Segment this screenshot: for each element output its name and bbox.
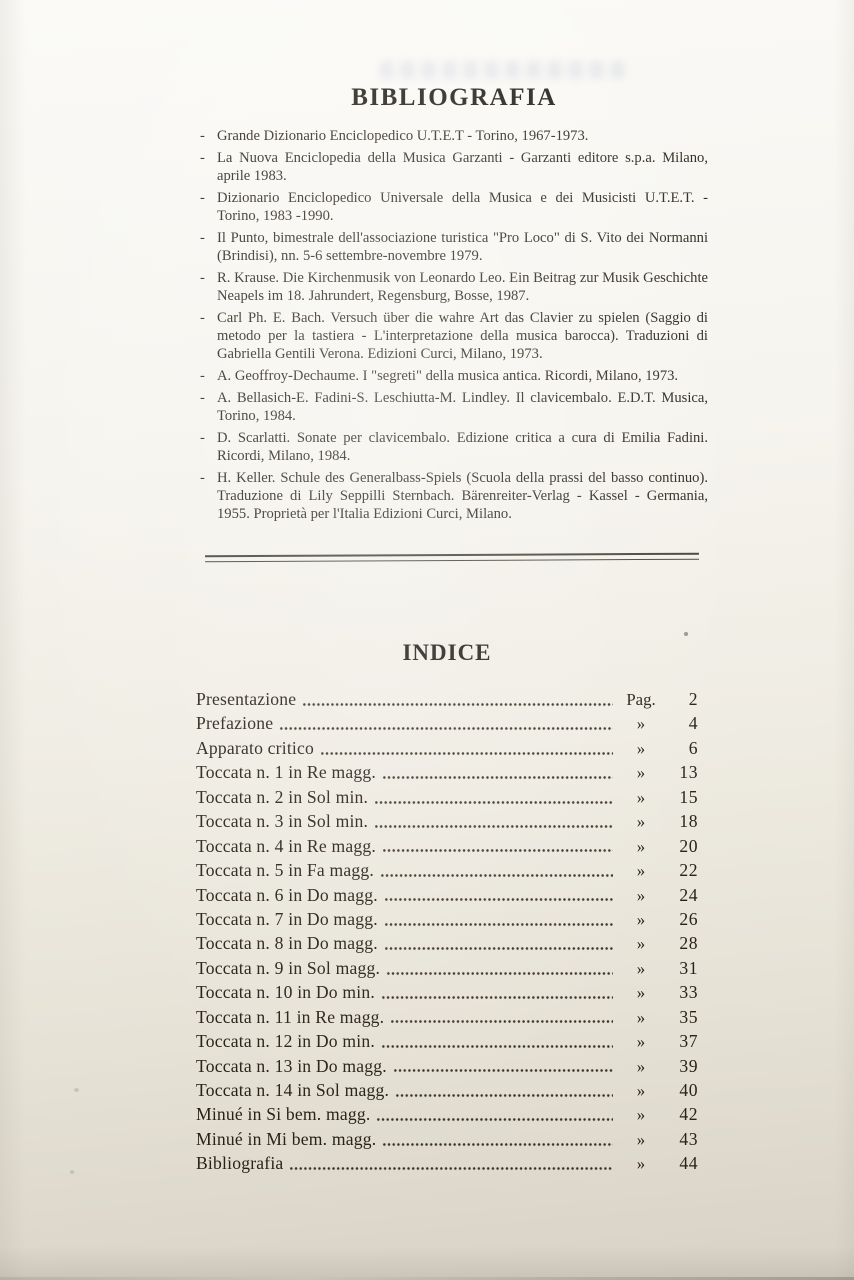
index-row: Toccata n. 8 in Do magg. » 28 <box>196 931 698 955</box>
bibliography-entry: - Carl Ph. E. Bach. Versuch über die wah… <box>200 309 708 363</box>
dot-leader <box>289 1151 613 1175</box>
dot-leader <box>386 956 613 980</box>
dot-leader <box>381 980 613 1004</box>
bullet-dash: - <box>200 127 217 145</box>
index-entry-marker: » <box>618 1006 664 1030</box>
bullet-dash: - <box>200 429 217 465</box>
index-row: Toccata n. 6 in Do magg. » 24 <box>196 883 698 907</box>
index-row: Prefazione » 4 <box>196 711 698 735</box>
index-entry-marker: » <box>618 1055 664 1079</box>
index-entry-marker: » <box>618 884 664 908</box>
index-entry-label: Toccata n. 5 in Fa magg. <box>196 858 374 882</box>
bibliography-list: - Grande Dizionario Enciclopedico U.T.E.… <box>200 127 708 523</box>
bibliography-title: BIBLIOGRAFIA <box>200 84 708 112</box>
index-entry-page: 40 <box>664 1078 698 1102</box>
index-entry-page: 6 <box>664 736 698 760</box>
index-entry-label: Apparato critico <box>196 736 314 760</box>
index-entry-label: Toccata n. 2 in Sol min. <box>196 785 368 809</box>
index-row: Toccata n. 3 in Sol min. » 18 <box>196 809 698 833</box>
index-entry-marker: » <box>618 761 664 785</box>
index-entry-label: Toccata n. 6 in Do magg. <box>196 883 378 907</box>
index-entry-marker: » <box>618 859 664 883</box>
bibliography-entry: - Il Punto, bimestrale dell'associazione… <box>200 229 708 265</box>
index-entry-marker: » <box>618 908 664 932</box>
index-row: Toccata n. 11 in Re magg. » 35 <box>196 1005 698 1029</box>
bullet-dash: - <box>200 469 217 523</box>
index-entry-marker: » <box>618 712 664 736</box>
index-entry-label: Toccata n. 14 in Sol magg. <box>196 1078 389 1102</box>
index-row: Minué in Mi bem. magg. » 43 <box>196 1127 698 1151</box>
index-entry-label: Toccata n. 3 in Sol min. <box>196 809 368 833</box>
index-entry-label: Toccata n. 4 in Re magg. <box>196 834 376 858</box>
dot-leader <box>384 883 613 907</box>
index-entry-page: 37 <box>664 1029 698 1053</box>
bullet-dash: - <box>200 389 217 425</box>
bibliography-entry-text: Dizionario Enciclopedico Universale dell… <box>217 189 708 225</box>
double-rule-divider <box>205 553 699 563</box>
index-entry-marker: » <box>618 1128 664 1152</box>
bibliography-entry-text: A. Bellasich-E. Fadini-S. Leschiutta-M. … <box>217 389 708 425</box>
bibliography-entry: - H. Keller. Schule des Generalbass-Spie… <box>200 469 708 523</box>
index-entry-label: Minué in Si bem. magg. <box>196 1102 370 1126</box>
index-entry-marker: » <box>618 786 664 810</box>
index-list: Presentazione Pag. 2 Prefazione » 4 Appa… <box>196 687 698 1176</box>
index-entry-page: 44 <box>664 1151 698 1175</box>
dot-leader <box>374 809 613 833</box>
index-entry-label: Minué in Mi bem. magg. <box>196 1127 376 1151</box>
index-entry-marker: » <box>618 737 664 761</box>
index-entry-label: Prefazione <box>196 711 273 735</box>
dot-leader <box>376 1102 613 1126</box>
index-entry-page: 2 <box>664 687 698 711</box>
dot-leader <box>382 834 613 858</box>
index-entry-label: Presentazione <box>196 687 296 711</box>
index-entry-page: 43 <box>664 1127 698 1151</box>
index-entry-marker: » <box>618 1103 664 1127</box>
index-entry-page: 31 <box>664 956 698 980</box>
bibliography-entry-text: H. Keller. Schule des Generalbass-Spiels… <box>217 469 708 523</box>
dot-leader <box>382 1127 613 1151</box>
index-row: Toccata n. 1 in Re magg. » 13 <box>196 760 698 784</box>
bullet-dash: - <box>200 269 217 305</box>
index-entry-marker: » <box>618 932 664 956</box>
bibliography-section: BIBLIOGRAFIA - Grande Dizionario Enciclo… <box>200 84 708 561</box>
bibliography-entry-text: Il Punto, bimestrale dell'associazione t… <box>217 229 708 265</box>
index-row: Minué in Si bem. magg. » 42 <box>196 1102 698 1126</box>
index-row: Toccata n. 14 in Sol magg. » 40 <box>196 1078 698 1102</box>
dot-leader <box>390 1005 613 1029</box>
dot-leader <box>382 760 613 784</box>
index-row: Apparato critico » 6 <box>196 736 698 760</box>
index-entry-page: 35 <box>664 1005 698 1029</box>
index-row: Toccata n. 2 in Sol min. » 15 <box>196 785 698 809</box>
index-entry-marker: » <box>618 957 664 981</box>
index-entry-label: Toccata n. 12 in Do min. <box>196 1029 375 1053</box>
bibliography-entry: - La Nuova Enciclopedia della Musica Gar… <box>200 149 708 185</box>
index-entry-marker: » <box>618 835 664 859</box>
bibliography-entry: - D. Scarlatti. Sonate per clavicembalo.… <box>200 429 708 465</box>
dot-leader <box>302 687 613 711</box>
index-entry-page: 22 <box>664 858 698 882</box>
bibliography-entry: - A. Geoffroy-Dechaume. I "segreti" dell… <box>200 367 708 385</box>
index-row: Toccata n. 10 in Do min. » 33 <box>196 980 698 1004</box>
index-entry-page: 13 <box>664 760 698 784</box>
index-entry-marker: Pag. <box>618 688 664 712</box>
dot-leader <box>374 785 613 809</box>
index-entry-page: 15 <box>664 785 698 809</box>
index-entry-label: Bibliografia <box>196 1151 283 1175</box>
index-row: Presentazione Pag. 2 <box>196 687 698 711</box>
index-entry-page: 33 <box>664 980 698 1004</box>
dot-leader <box>395 1078 613 1102</box>
index-title: INDICE <box>196 640 698 666</box>
index-entry-page: 42 <box>664 1102 698 1126</box>
index-entry-marker: » <box>618 1079 664 1103</box>
index-entry-page: 20 <box>664 834 698 858</box>
dot-leader <box>384 907 613 931</box>
dot-leader <box>320 736 613 760</box>
index-entry-marker: » <box>618 810 664 834</box>
bullet-dash: - <box>200 367 217 385</box>
dot-leader <box>381 1029 613 1053</box>
bibliography-entry: - A. Bellasich-E. Fadini-S. Leschiutta-M… <box>200 389 708 425</box>
index-row: Toccata n. 5 in Fa magg. » 22 <box>196 858 698 882</box>
index-entry-page: 24 <box>664 883 698 907</box>
index-entry-page: 39 <box>664 1054 698 1078</box>
index-entry-label: Toccata n. 11 in Re magg. <box>196 1005 384 1029</box>
index-entry-page: 26 <box>664 907 698 931</box>
bibliography-entry-text: Grande Dizionario Enciclopedico U.T.E.T … <box>217 127 708 145</box>
index-row: Toccata n. 9 in Sol magg. » 31 <box>196 956 698 980</box>
bibliography-entry-text: R. Krause. Die Kirchenmusik von Leonardo… <box>217 269 708 305</box>
dot-leader <box>279 711 613 735</box>
index-entry-marker: » <box>618 1030 664 1054</box>
index-row: Toccata n. 7 in Do magg. » 26 <box>196 907 698 931</box>
bibliography-entry: - R. Krause. Die Kirchenmusik von Leonar… <box>200 269 708 305</box>
index-entry-label: Toccata n. 7 in Do magg. <box>196 907 378 931</box>
paper-speck <box>684 632 688 636</box>
bibliography-entry-text: D. Scarlatti. Sonate per clavicembalo. E… <box>217 429 708 465</box>
dot-leader <box>380 858 613 882</box>
bibliography-entry: - Dizionario Enciclopedico Universale de… <box>200 189 708 225</box>
index-entry-label: Toccata n. 1 in Re magg. <box>196 760 376 784</box>
dot-leader <box>384 931 613 955</box>
dot-leader <box>393 1054 613 1078</box>
index-entry-label: Toccata n. 10 in Do min. <box>196 980 375 1004</box>
paper-speck <box>70 1170 74 1174</box>
index-entry-page: 4 <box>664 711 698 735</box>
bibliography-entry: - Grande Dizionario Enciclopedico U.T.E.… <box>200 127 708 145</box>
bibliography-entry-text: La Nuova Enciclopedia della Musica Garza… <box>217 149 708 185</box>
ink-bleed-through <box>380 61 630 79</box>
index-entry-page: 28 <box>664 931 698 955</box>
bullet-dash: - <box>200 189 217 225</box>
bullet-dash: - <box>200 229 217 265</box>
index-entry-page: 18 <box>664 809 698 833</box>
index-row: Bibliografia » 44 <box>196 1151 698 1175</box>
index-row: Toccata n. 12 in Do min. » 37 <box>196 1029 698 1053</box>
index-entry-marker: » <box>618 1152 664 1176</box>
paper-speck <box>74 1088 79 1092</box>
index-entry-marker: » <box>618 981 664 1005</box>
index-entry-label: Toccata n. 9 in Sol magg. <box>196 956 380 980</box>
bullet-dash: - <box>200 309 217 363</box>
bullet-dash: - <box>200 149 217 185</box>
index-section: INDICE Presentazione Pag. 2 Prefazione »… <box>196 640 698 1176</box>
bibliography-entry-text: Carl Ph. E. Bach. Versuch über die wahre… <box>217 309 708 363</box>
index-entry-label: Toccata n. 13 in Do magg. <box>196 1054 387 1078</box>
bibliography-entry-text: A. Geoffroy-Dechaume. I "segreti" della … <box>217 367 708 385</box>
index-row: Toccata n. 4 in Re magg. » 20 <box>196 834 698 858</box>
index-entry-label: Toccata n. 8 in Do magg. <box>196 931 378 955</box>
index-row: Toccata n. 13 in Do magg. » 39 <box>196 1054 698 1078</box>
